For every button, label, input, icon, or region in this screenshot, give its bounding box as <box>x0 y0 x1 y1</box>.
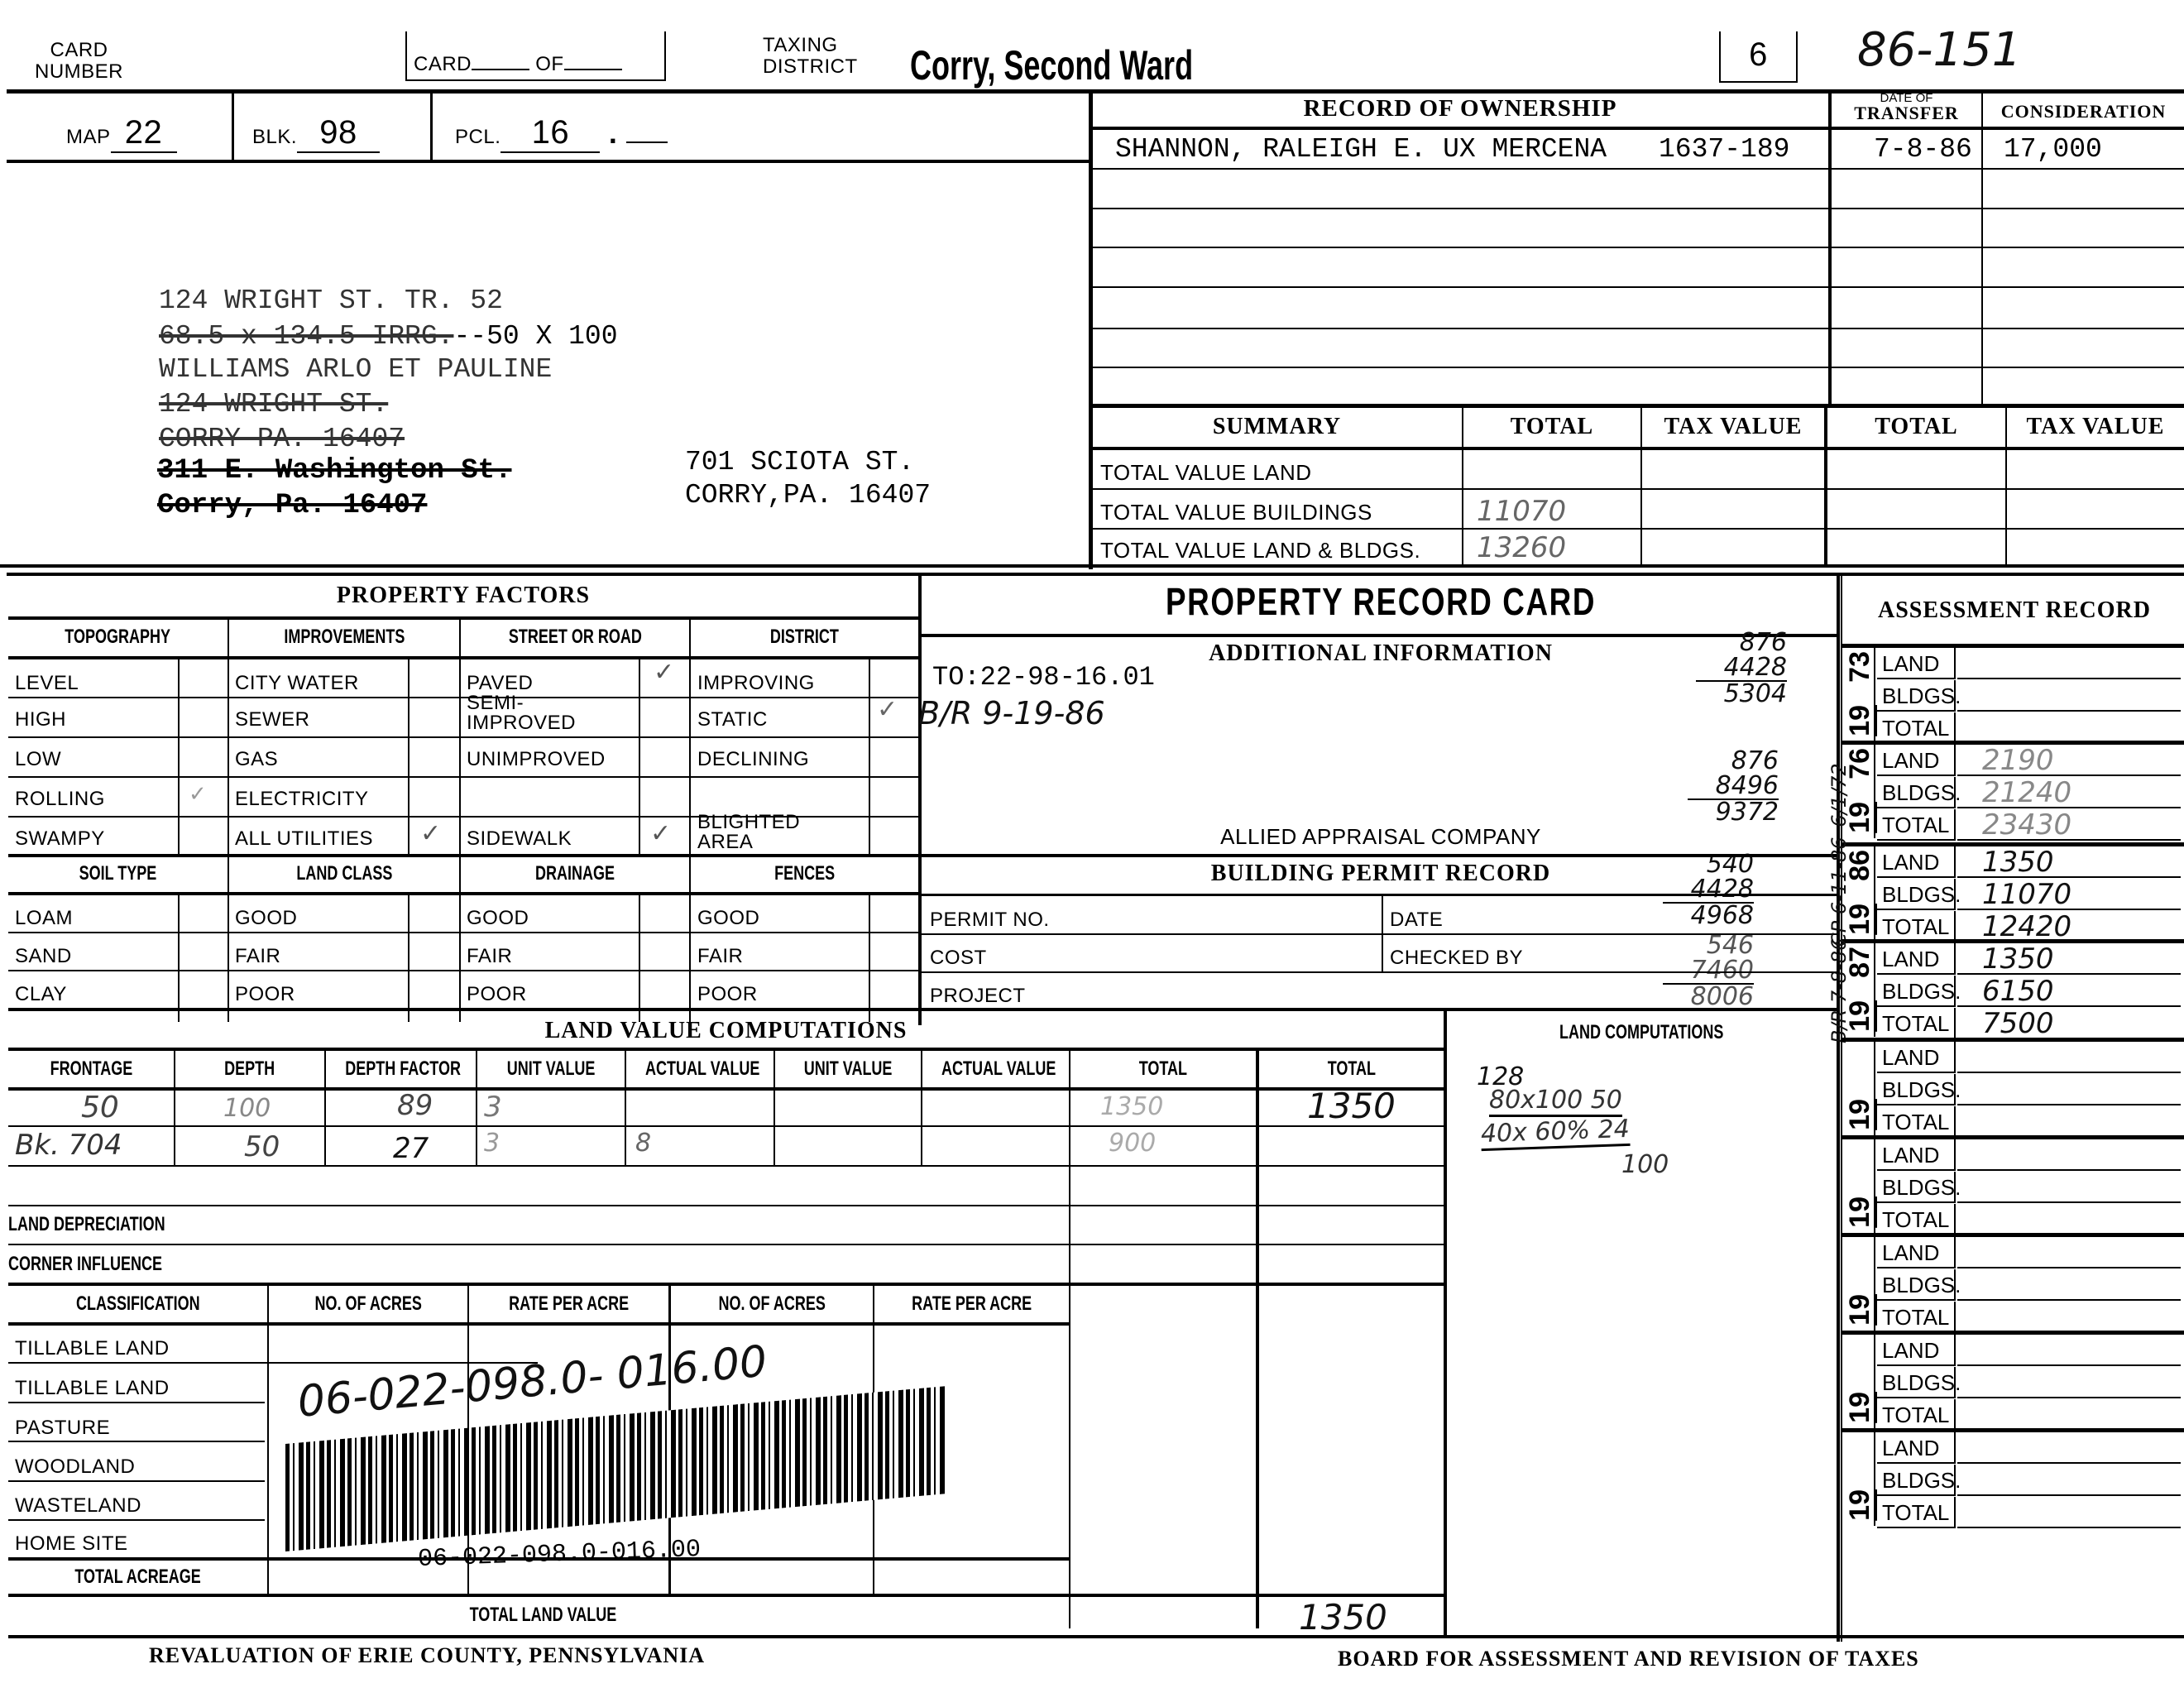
pcl-value: 16 <box>500 114 600 153</box>
divider <box>1089 89 1093 569</box>
divider <box>1092 247 2184 248</box>
assessment-year-block: 19LANDBLDGS.TOTAL <box>1841 1428 2184 1526</box>
old-dimensions: 68.5 x 134.5 IRRG. <box>159 321 453 352</box>
divider <box>1092 328 2184 329</box>
divider <box>869 894 870 1022</box>
assessment-land-label: LAND <box>1877 1237 1956 1268</box>
card-label: CARD <box>414 53 472 75</box>
additional-info-reference: TO:22-98-16.01 <box>932 662 1155 693</box>
assessment-bldgs-label: BLDGS. <box>1877 680 1956 712</box>
footer-board: BOARD FOR ASSESSMENT AND REVISION OF TAX… <box>1338 1647 1919 1671</box>
divider <box>8 656 918 659</box>
topography-header: TOPOGRAPHY <box>8 626 227 649</box>
divider <box>8 776 918 778</box>
old-address-line-4: Corry, Pa. 16407 <box>157 490 427 521</box>
assessment-land-value: 2190 <box>1957 745 2181 776</box>
permit-project-label: PROJECT <box>930 985 1026 1008</box>
no-of-acres-header: NO. OF ACRES <box>269 1292 467 1316</box>
barcode-text: 06-022-098.0-016.00 <box>418 1536 702 1574</box>
assessment-land-value <box>1957 1042 2181 1073</box>
assessment-total-label: TOTAL <box>1877 809 1956 841</box>
divider <box>8 1441 265 1442</box>
factor-improving: IMPROVING <box>697 672 815 695</box>
divider <box>8 892 918 895</box>
assessment-land-value: 1350 <box>1957 943 2181 975</box>
assessment-bldgs-value <box>1957 1074 2181 1105</box>
card-number-label: CARD NUMBER <box>35 40 123 83</box>
depth-header: DEPTH <box>175 1057 324 1081</box>
factor-low: LOW <box>15 748 61 771</box>
divider <box>7 573 2184 576</box>
of-label: OF <box>535 53 563 75</box>
lv-row-1-depth: 100 <box>223 1094 271 1123</box>
assessment-land-label: LAND <box>1877 1139 1956 1171</box>
street-or-road-header: STREET OR ROAD <box>461 626 689 649</box>
assessment-total-value <box>1957 1399 2181 1431</box>
factor-unimproved: UNIMPROVED <box>467 748 606 771</box>
assessment-land-value <box>1957 1432 2181 1464</box>
assessment-total-value <box>1957 712 2181 744</box>
card-of-field[interactable]: CARD OF <box>414 53 622 76</box>
old-address-line-3: 311 E. Washington St. <box>157 455 511 487</box>
old-address-line-1: 124 WRIGHT ST. <box>159 389 388 420</box>
assessment-year-block: 1976LAND2190BLDGS.21240TOTAL234306/1/72 <box>1841 741 2184 838</box>
assessment-bldgs-value <box>1957 680 2181 712</box>
actual-value-header-2: ACTUAL VALUE <box>922 1057 1069 1081</box>
assessment-bldgs-value: 6150 <box>1957 976 2181 1007</box>
assessment-total-label: TOTAL <box>1877 1008 1956 1039</box>
consideration-header: CONSIDERATION <box>1983 101 2184 122</box>
total-acreage-label: TOTAL ACREAGE <box>8 1566 267 1589</box>
summary-tax-value-header-2: TAX VALUE <box>2007 414 2184 440</box>
classification-home-site: HOME SITE <box>15 1532 128 1556</box>
owner-row-1-deed: 1637-189 <box>1659 134 1789 165</box>
divider <box>232 91 234 161</box>
assessment-total-value: 23430 <box>1957 809 2181 841</box>
divider <box>178 894 180 1022</box>
assessment-bldgs-label: BLDGS. <box>1877 879 1956 910</box>
summary-total-header-2: TOTAL <box>1827 414 2005 440</box>
assessment-year: 19 <box>1841 1139 1875 1233</box>
divider <box>1092 168 2184 170</box>
new-dimensions: --50 X 100 <box>453 321 617 352</box>
assessment-total-value <box>1957 1204 2181 1235</box>
lv-row-1-frontage: 50 <box>81 1091 119 1125</box>
assessment-year-block: 1987LAND1350BLDGS.6150TOTAL7500B/R 7-8-8… <box>1841 939 2184 1037</box>
divider <box>639 658 640 856</box>
all-utilities-checkmark[interactable]: ✓ <box>420 819 441 848</box>
assessment-bldgs-label: BLDGS. <box>1877 1172 1956 1203</box>
assessment-bldgs-value: 11070 <box>1957 879 2181 910</box>
assessment-land-label: LAND <box>1877 1432 1956 1464</box>
divider <box>1092 208 2184 209</box>
divider <box>1444 1009 1447 1638</box>
paved-checkmark[interactable]: ✓ <box>654 658 674 687</box>
drainage-poor: POOR <box>467 983 527 1006</box>
divider <box>8 1125 1444 1127</box>
divider <box>8 1480 265 1482</box>
permit-date-label: DATE <box>1390 909 1443 932</box>
drainage-fair: FAIR <box>467 945 512 968</box>
lv-row-2-depth: 50 <box>244 1130 280 1163</box>
divider <box>8 1087 1444 1091</box>
divider <box>8 1594 1444 1597</box>
static-checkmark[interactable]: ✓ <box>877 695 898 724</box>
lv-row-1-unit-value: 3 <box>484 1091 502 1124</box>
assessment-year-block: 19LANDBLDGS.TOTAL <box>1841 1233 2184 1331</box>
assessment-land-label: LAND <box>1877 943 1956 975</box>
assessment-side-note: CP 6-11-86 <box>1827 847 1851 947</box>
appraiser-name: ALLIED APPRAISAL COMPANY <box>922 824 1840 850</box>
property-factors-title: PROPERTY FACTORS <box>8 583 918 609</box>
divider <box>459 616 461 1022</box>
assessment-bldgs-label: BLDGS. <box>1877 1465 1956 1496</box>
ownership-title: RECORD OF OWNERSHIP <box>1092 95 1828 122</box>
assessment-year: 1973 <box>1841 648 1875 741</box>
assessment-total-value <box>1957 1497 2181 1528</box>
lv-row-2-frontage: Bk. 704 <box>15 1129 122 1162</box>
address-line-2: 68.5 x 134.5 IRRG.--50 X 100 <box>159 321 618 352</box>
assessment-year: 19 <box>1841 1042 1875 1135</box>
total-header-2: TOTAL <box>1259 1057 1444 1081</box>
assessment-bldgs-label: BLDGS. <box>1877 1367 1956 1398</box>
factor-gas: GAS <box>235 748 278 771</box>
divider <box>1092 528 2184 530</box>
divider <box>689 616 691 1022</box>
owner-row-1-consideration: 17,000 <box>2004 134 2102 165</box>
assessment-land-label: LAND <box>1877 1042 1956 1073</box>
divider <box>639 894 640 1022</box>
assessment-year: 19 <box>1841 1237 1875 1331</box>
rate-per-acre-header-2: RATE PER ACRE <box>874 1292 1069 1316</box>
divider <box>408 658 409 856</box>
date-of-transfer-header: DATE OF TRANSFER <box>1832 91 1981 121</box>
land-computation-note-4: 100 <box>1621 1150 1669 1179</box>
divider <box>1092 286 2184 288</box>
factor-declining: DECLINING <box>697 748 809 771</box>
factor-level: LEVEL <box>15 672 79 695</box>
unit-value-header-2: UNIT VALUE <box>775 1057 921 1081</box>
assessment-year: 19 <box>1841 1432 1875 1526</box>
assessment-land-value <box>1957 1237 2181 1268</box>
pcl-label: PCL. <box>455 126 500 148</box>
assessment-total-label: TOTAL <box>1877 1302 1956 1333</box>
summary-row-land-bldgs-label: TOTAL VALUE LAND & BLDGS. <box>1100 538 1420 563</box>
blk-field[interactable]: BLK.98 <box>252 114 380 153</box>
unit-value-header: UNIT VALUE <box>477 1057 625 1081</box>
lv-row-1-total-2: 1350 <box>1307 1086 1396 1126</box>
depth-factor-header: DEPTH FACTOR <box>326 1057 476 1081</box>
factor-city-water: CITY WATER <box>235 672 359 695</box>
lv-row-2-total: 900 <box>1109 1129 1156 1158</box>
divider <box>8 970 918 971</box>
assessment-year-block: 19LANDBLDGS.TOTAL <box>1841 1331 2184 1428</box>
divider <box>8 1048 1444 1051</box>
divider <box>922 854 1840 857</box>
year-prefix: 19 <box>1844 1294 1876 1326</box>
building-permit-title: BUILDING PERMIT RECORD <box>922 861 1840 887</box>
assessment-total-label: TOTAL <box>1877 911 1956 942</box>
divider <box>1092 404 2184 408</box>
assessment-bldgs-value <box>1957 1172 2181 1203</box>
soil-clay: CLAY <box>15 983 67 1006</box>
assessment-record-title: ASSESSMENT RECORD <box>1845 597 2184 624</box>
factor-rolling: ROLLING <box>15 788 105 811</box>
assessment-land-value: 1350 <box>1957 846 2181 878</box>
assessment-total-value: 7500 <box>1957 1008 2181 1039</box>
divider <box>8 854 918 857</box>
divider <box>8 1165 1444 1167</box>
no-of-acres-header-2: NO. OF ACRES <box>671 1292 873 1316</box>
assessment-bldgs-label: BLDGS. <box>1877 777 1956 808</box>
divider <box>8 616 918 620</box>
lv-row-2-actual-value: 8 <box>635 1129 651 1158</box>
file-number: 86-151 <box>1857 23 2021 77</box>
assessment-total-label: TOTAL <box>1877 1204 1956 1235</box>
lv-row-1-total: 1350 <box>1100 1092 1163 1121</box>
fences-poor: POOR <box>697 983 758 1006</box>
assessment-side-note: B/R 7-8-86 <box>1827 944 1851 1043</box>
sidewalk-checkmark[interactable]: ✓ <box>650 819 671 848</box>
additional-info-br-note: B/R 9-19-86 <box>918 695 1105 731</box>
summary-row-buildings-total: 11070 <box>1477 495 1566 528</box>
summary-row-buildings-label: TOTAL VALUE BUILDINGS <box>1100 500 1372 525</box>
transfer-label: TRANSFER <box>1832 106 1981 121</box>
rate-per-acre-header: RATE PER ACRE <box>469 1292 668 1316</box>
assessment-total-value <box>1957 1302 2181 1333</box>
assessment-land-value <box>1957 1139 2181 1171</box>
year-prefix: 19 <box>1844 1392 1876 1423</box>
divider <box>8 1205 1444 1206</box>
footer-revaluation: REVALUATION OF ERIE COUNTY, PENNSYLVANIA <box>149 1643 705 1668</box>
classification-woodland: WOODLAND <box>15 1455 135 1479</box>
address-line-1: 124 WRIGHT ST. TR. 52 <box>159 285 503 316</box>
assessment-total-label: TOTAL <box>1877 1106 1956 1138</box>
assessment-year-block: 19LANDBLDGS.TOTAL <box>1841 1038 2184 1135</box>
actual-value-header: ACTUAL VALUE <box>626 1057 773 1081</box>
divider <box>8 1322 1069 1326</box>
assessment-land-value <box>1957 648 2181 679</box>
assessment-bldgs-label: BLDGS. <box>1877 976 1956 1007</box>
summary-total-header: TOTAL <box>1463 414 1640 440</box>
factor-swampy: SWAMPY <box>15 827 105 851</box>
assessment-land-label: LAND <box>1877 846 1956 878</box>
fences-header: FENCES <box>691 862 918 885</box>
divider <box>1092 488 2184 490</box>
assessment-year: 19 <box>1841 1335 1875 1428</box>
assessment-year-block: 1986LAND1350BLDGS.11070TOTAL12420CP 6-11… <box>1841 842 2184 940</box>
assessment-total-label: TOTAL <box>1877 1399 1956 1431</box>
divider <box>8 1244 1444 1245</box>
divider <box>430 91 433 161</box>
assessment-total-value: 12420 <box>1957 911 2181 942</box>
divider <box>1092 447 2184 450</box>
classification-header: CLASSIFICATION <box>8 1292 267 1316</box>
assessment-land-label: LAND <box>1877 1335 1956 1366</box>
assessment-year-block: 19LANDBLDGS.TOTAL <box>1841 1135 2184 1233</box>
mailing-address-line-1: 701 SCIOTA ST. <box>685 447 914 477</box>
divider <box>227 616 229 1022</box>
factor-high: HIGH <box>15 708 66 731</box>
assessment-bldgs-value <box>1957 1367 2181 1398</box>
divider <box>922 894 1840 896</box>
assessment-bldgs-label: BLDGS. <box>1877 1269 1956 1301</box>
improvements-header: IMPROVEMENTS <box>229 626 459 649</box>
divider <box>8 1008 1837 1011</box>
divider <box>0 564 2184 568</box>
margin-calc-1: 87644285304 <box>1696 631 1787 707</box>
divider <box>8 697 918 698</box>
land-class-header: LAND CLASS <box>229 862 459 885</box>
land-computation-note-2: 80x100 50 <box>1489 1086 1622 1117</box>
summary-header: SUMMARY <box>1092 414 1462 440</box>
frontage-header: FRONTAGE <box>8 1057 174 1081</box>
divider <box>1841 1635 2184 1638</box>
blk-label: BLK. <box>252 126 297 148</box>
taxing-district-value: Corry, Second Ward <box>910 41 1193 89</box>
year-prefix: 19 <box>1844 1489 1876 1521</box>
mailing-address-line-2: CORRY,PA. 16407 <box>685 480 931 511</box>
divider <box>8 932 918 933</box>
summary-row-land-bldgs-total: 13260 <box>1477 531 1566 564</box>
assessment-bldgs-value <box>1957 1269 2181 1301</box>
factor-sewer: SEWER <box>235 708 310 731</box>
factor-all-utilities: ALL UTILITIES <box>235 827 373 851</box>
lv-row-1-depth-factor: 89 <box>397 1089 433 1122</box>
factor-electricity: ELECTRICITY <box>235 788 369 811</box>
assessment-total-value <box>1957 1106 2181 1138</box>
land-depreciation-label: LAND DEPRECIATION <box>8 1213 218 1236</box>
divider <box>178 658 180 856</box>
assessment-land-label: LAND <box>1877 745 1956 776</box>
divider <box>1837 574 1840 1642</box>
fences-fair: FAIR <box>697 945 743 968</box>
divider <box>8 1519 265 1521</box>
property-record-card-title: PROPERTY RECORD CARD <box>922 579 1840 624</box>
classification-pasture: PASTURE <box>15 1417 110 1440</box>
divider <box>267 1284 269 1594</box>
pcl-field[interactable]: PCL.16 . <box>455 114 668 153</box>
assessment-bldgs-label: BLDGS. <box>1877 1074 1956 1105</box>
drainage-good: GOOD <box>467 907 529 930</box>
factor-semi-improved: SEMI- IMPROVED <box>467 693 576 733</box>
year-suffix: 73 <box>1844 651 1876 683</box>
assessment-land-value <box>1957 1335 2181 1366</box>
assessment-bldgs-value <box>1957 1465 2181 1496</box>
factor-static: STATIC <box>697 708 768 731</box>
land-computation-note-3: 40x 60% 24 <box>1480 1115 1630 1151</box>
land-class-poor: POOR <box>235 983 295 1006</box>
classification-tillable-1: TILLABLE LAND <box>15 1337 170 1360</box>
taxing-district-label: TAXING DISTRICT <box>763 35 858 78</box>
year-prefix: 19 <box>1844 1099 1876 1130</box>
drainage-header: DRAINAGE <box>461 862 689 885</box>
assessment-bldgs-value: 21240 <box>1957 777 2181 808</box>
district-code-box: 6 <box>1719 31 1798 83</box>
soil-type-header: SOIL TYPE <box>8 862 227 885</box>
summary-tax-value-header: TAX VALUE <box>1642 414 1824 440</box>
map-label: MAP <box>66 126 111 148</box>
classification-wasteland: WASTELAND <box>15 1494 141 1518</box>
blk-value: 98 <box>297 114 380 153</box>
owner-row-1-date: 7-8-86 <box>1874 134 1972 165</box>
land-value-title: LAND VALUE COMPUTATIONS <box>8 1018 1444 1044</box>
district-code: 6 <box>1749 36 1768 73</box>
old-address-line-2: CORRY PA. 16407 <box>159 424 405 454</box>
land-computations-title: LAND COMPUTATIONS <box>1447 1021 1837 1044</box>
assessment-land-label: LAND <box>1877 648 1956 679</box>
summary-row-land-label: TOTAL VALUE LAND <box>1100 460 1312 486</box>
assessment-year-block: 1973LANDBLDGS.TOTAL <box>1841 644 2184 741</box>
divider <box>1092 367 2184 368</box>
owner-row-1-name: SHANNON, RALEIGH E. UX MERCENA <box>1115 134 1607 165</box>
factor-blighted-area: BLIGHTED AREA <box>697 813 800 852</box>
lv-row-2-depth-factor: 27 <box>393 1132 429 1165</box>
checked-by-label: CHECKED BY <box>1390 947 1523 970</box>
map-value: 22 <box>111 114 177 153</box>
district-header: DISTRICT <box>691 626 918 649</box>
assessment-total-label: TOTAL <box>1877 712 1956 744</box>
divider <box>922 971 1840 973</box>
divider <box>1069 1049 1070 1628</box>
divider <box>869 658 870 856</box>
factor-sidewalk: SIDEWALK <box>467 827 572 851</box>
total-land-value-label: TOTAL LAND VALUE <box>8 1604 1077 1627</box>
divider <box>1092 127 2184 130</box>
owner-name-line: WILLIAMS ARLO ET PAULINE <box>159 354 552 385</box>
permit-cost-label: COST <box>930 947 987 970</box>
year-prefix: 19 <box>1844 1196 1876 1228</box>
land-class-fair: FAIR <box>235 945 280 968</box>
divider <box>8 1402 265 1403</box>
assessment-side-note: 6/1/72 <box>1827 746 1851 845</box>
divider <box>922 933 1840 935</box>
margin-calc-2: 87684969372 <box>1688 749 1779 825</box>
soil-sand: SAND <box>15 945 72 968</box>
map-field[interactable]: MAP22 <box>66 114 177 153</box>
divider <box>408 894 409 1022</box>
divider <box>1256 1049 1259 1628</box>
fences-good: GOOD <box>697 907 759 930</box>
permit-no-label: PERMIT NO. <box>930 909 1050 932</box>
corner-influence-label: CORNER INFLUENCE <box>8 1253 213 1276</box>
divider <box>7 160 1090 163</box>
total-land-value: 1350 <box>1299 1597 1387 1638</box>
total-header: TOTAL <box>1070 1057 1256 1081</box>
divider <box>8 736 918 738</box>
assessment-total-label: TOTAL <box>1877 1497 1956 1528</box>
divider <box>8 1283 1444 1286</box>
rolling-checkmark[interactable]: ✓ <box>189 782 207 807</box>
land-class-good: GOOD <box>235 907 297 930</box>
soil-loam: LOAM <box>15 907 73 930</box>
classification-tillable-2: TILLABLE LAND <box>15 1377 170 1400</box>
lv-row-2-unit-value: 3 <box>484 1129 500 1158</box>
year-prefix: 19 <box>1844 705 1876 736</box>
